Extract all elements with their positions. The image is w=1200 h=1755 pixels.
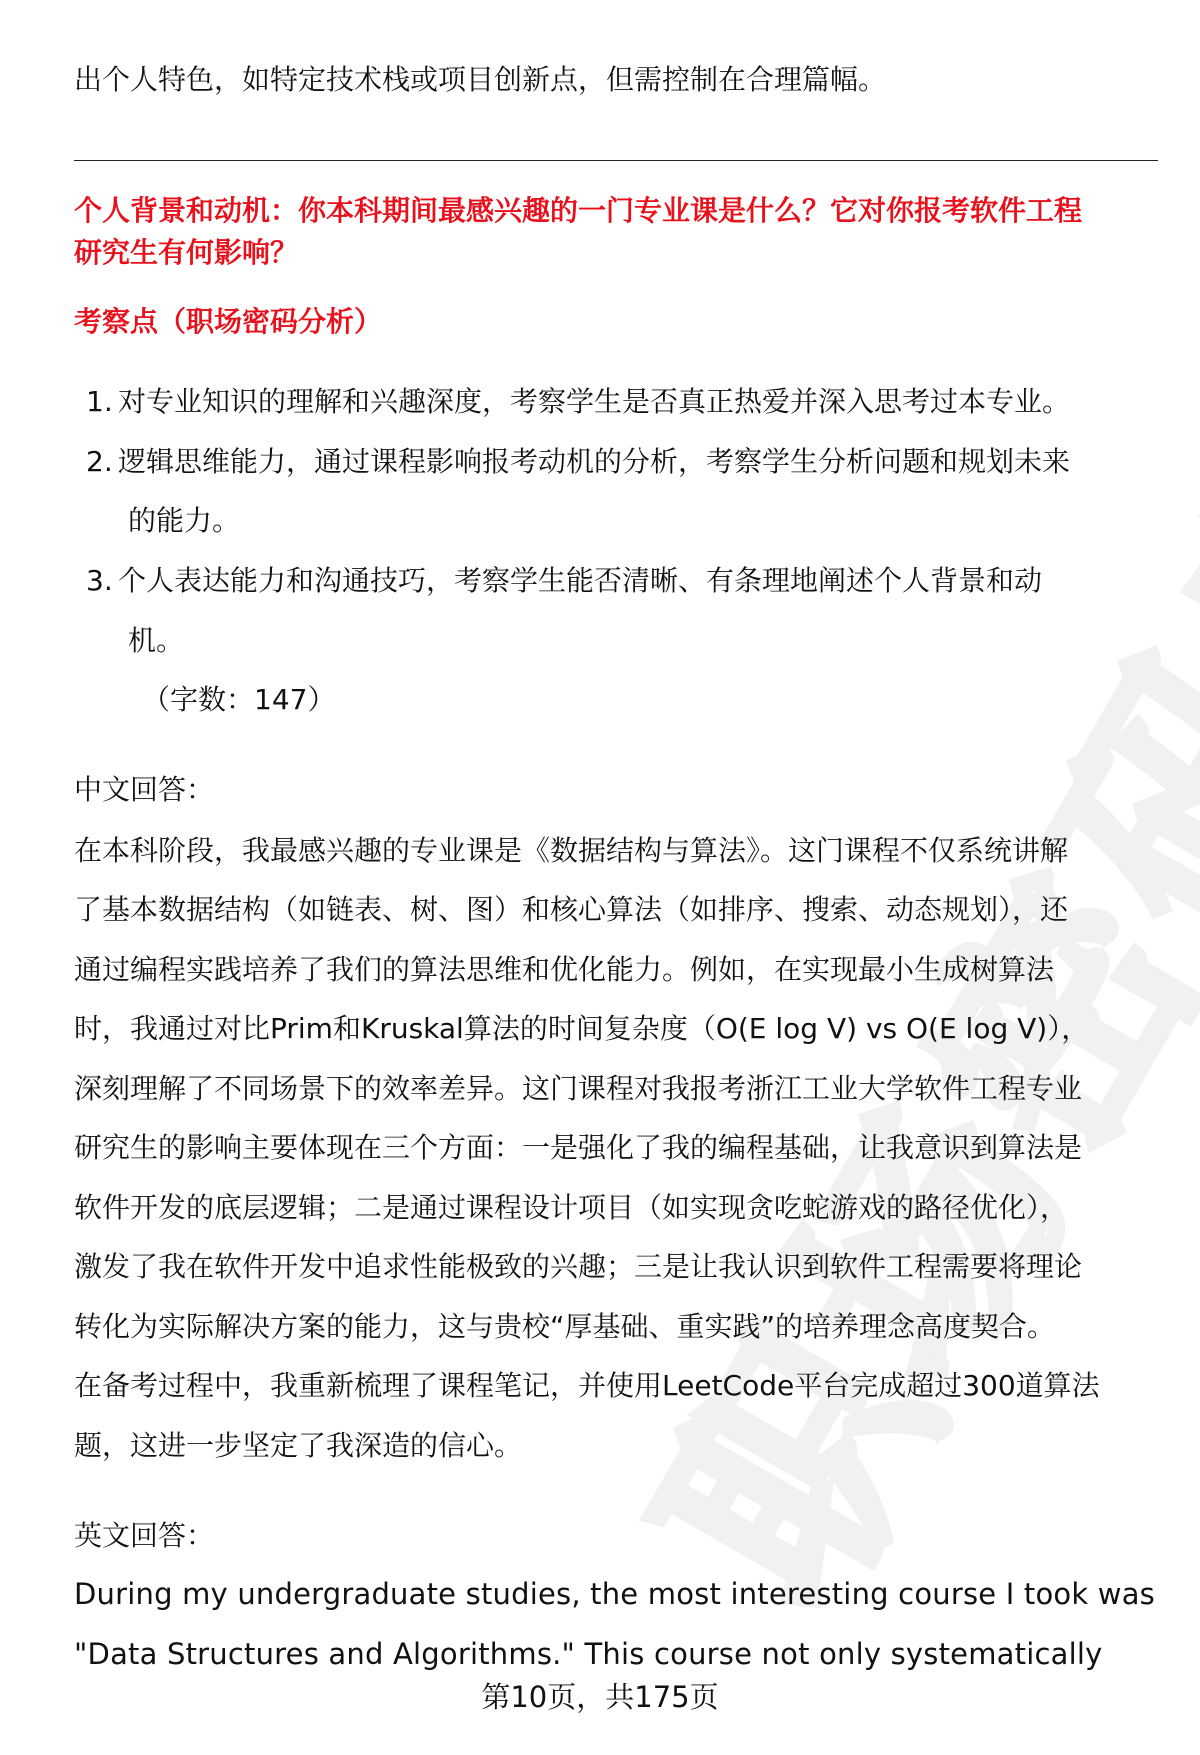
list-item-text: 逻辑思维能力，通过课程影响报考动机的分析，考察学生分析问题和规划未来 bbox=[118, 445, 1070, 478]
chinese-answer-line: 转化为实际解决方案的能力，这与贵校“厚基础、重实践”的培养理念高度契合。 bbox=[74, 1309, 1055, 1345]
chinese-answer-line: 在本科阶段，我最感兴趣的专业课是《数据结构与算法》。这门课程不仅系统讲解 bbox=[74, 833, 1068, 869]
list-item-2: 2.逻辑思维能力，通过课程影响报考动机的分析，考察学生分析问题和规划未来 bbox=[74, 444, 1070, 480]
chinese-answer-line: 在备考过程中，我重新梳理了课程笔记，并使用LeetCode平台完成超过300道算… bbox=[74, 1368, 1100, 1404]
chinese-answer-line: 激发了我在软件开发中追求性能极致的兴趣；三是让我认识到软件工程需要将理论 bbox=[74, 1249, 1082, 1285]
watermark-text: 职场密码出品 bbox=[564, 125, 1200, 1656]
chinese-answer-line: 时，我通过对比Prim和Kruskal算法的时间复杂度（O(E log V) v… bbox=[74, 1011, 1089, 1047]
list-number: 1. bbox=[74, 384, 118, 420]
chinese-answer-line: 深刻理解了不同场景下的效率差异。这门课程对我报考浙江工业大学软件工程专业 bbox=[74, 1071, 1082, 1107]
list-item-3: 3.个人表达能力和沟通技巧，考察学生能否清晰、有条理地阐述个人背景和动 bbox=[74, 563, 1042, 599]
question-heading-line1: 个人背景和动机：你本科期间最感兴趣的一门专业课是什么？它对你报考软件工程 bbox=[74, 193, 1082, 229]
chinese-answer-line: 题，这进一步坚定了我深造的信心。 bbox=[74, 1428, 522, 1464]
list-item-1: 1.对专业知识的理解和兴趣深度，考察学生是否真正热爱并深入思考过本专业。 bbox=[74, 384, 1070, 420]
list-item-3-continuation: 机。 bbox=[128, 623, 184, 659]
list-item-text: 对专业知识的理解和兴趣深度，考察学生是否真正热爱并深入思考过本专业。 bbox=[118, 385, 1070, 418]
chinese-answer-line: 了基本数据结构（如链表、树、图）和核心算法（如排序、搜索、动态规划），还 bbox=[74, 892, 1068, 928]
word-count: （字数：147） bbox=[142, 682, 335, 718]
top-fragment-text: 出个人特色，如特定技术栈或项目创新点，但需控制在合理篇幅。 bbox=[74, 62, 886, 98]
english-answer-line: During my undergraduate studies, the mos… bbox=[74, 1576, 1155, 1612]
divider-rule bbox=[74, 160, 1158, 161]
analysis-heading: 考察点（职场密码分析） bbox=[74, 304, 382, 340]
chinese-answer-line: 通过编程实践培养了我们的算法思维和优化能力。例如，在实现最小生成树算法 bbox=[74, 952, 1054, 988]
chinese-answer-line: 研究生的影响主要体现在三个方面：一是强化了我的编程基础，让我意识到算法是 bbox=[74, 1130, 1082, 1166]
list-item-text: 个人表达能力和沟通技巧，考察学生能否清晰、有条理地阐述个人背景和动 bbox=[118, 564, 1042, 597]
question-heading-line2: 研究生有何影响？ bbox=[74, 235, 298, 271]
english-answer-line: "Data Structures and Algorithms." This c… bbox=[74, 1636, 1102, 1672]
list-number: 3. bbox=[74, 563, 118, 599]
chinese-answer-line: 软件开发的底层逻辑；二是通过课程设计项目（如实现贪吃蛇游戏的路径优化）， bbox=[74, 1190, 1068, 1226]
chinese-answer-label: 中文回答： bbox=[74, 772, 214, 808]
list-number: 2. bbox=[74, 444, 118, 480]
english-answer-label: 英文回答： bbox=[74, 1518, 214, 1554]
page-number-footer: 第10页，共175页 bbox=[0, 1679, 1200, 1715]
list-item-2-continuation: 的能力。 bbox=[128, 503, 240, 539]
